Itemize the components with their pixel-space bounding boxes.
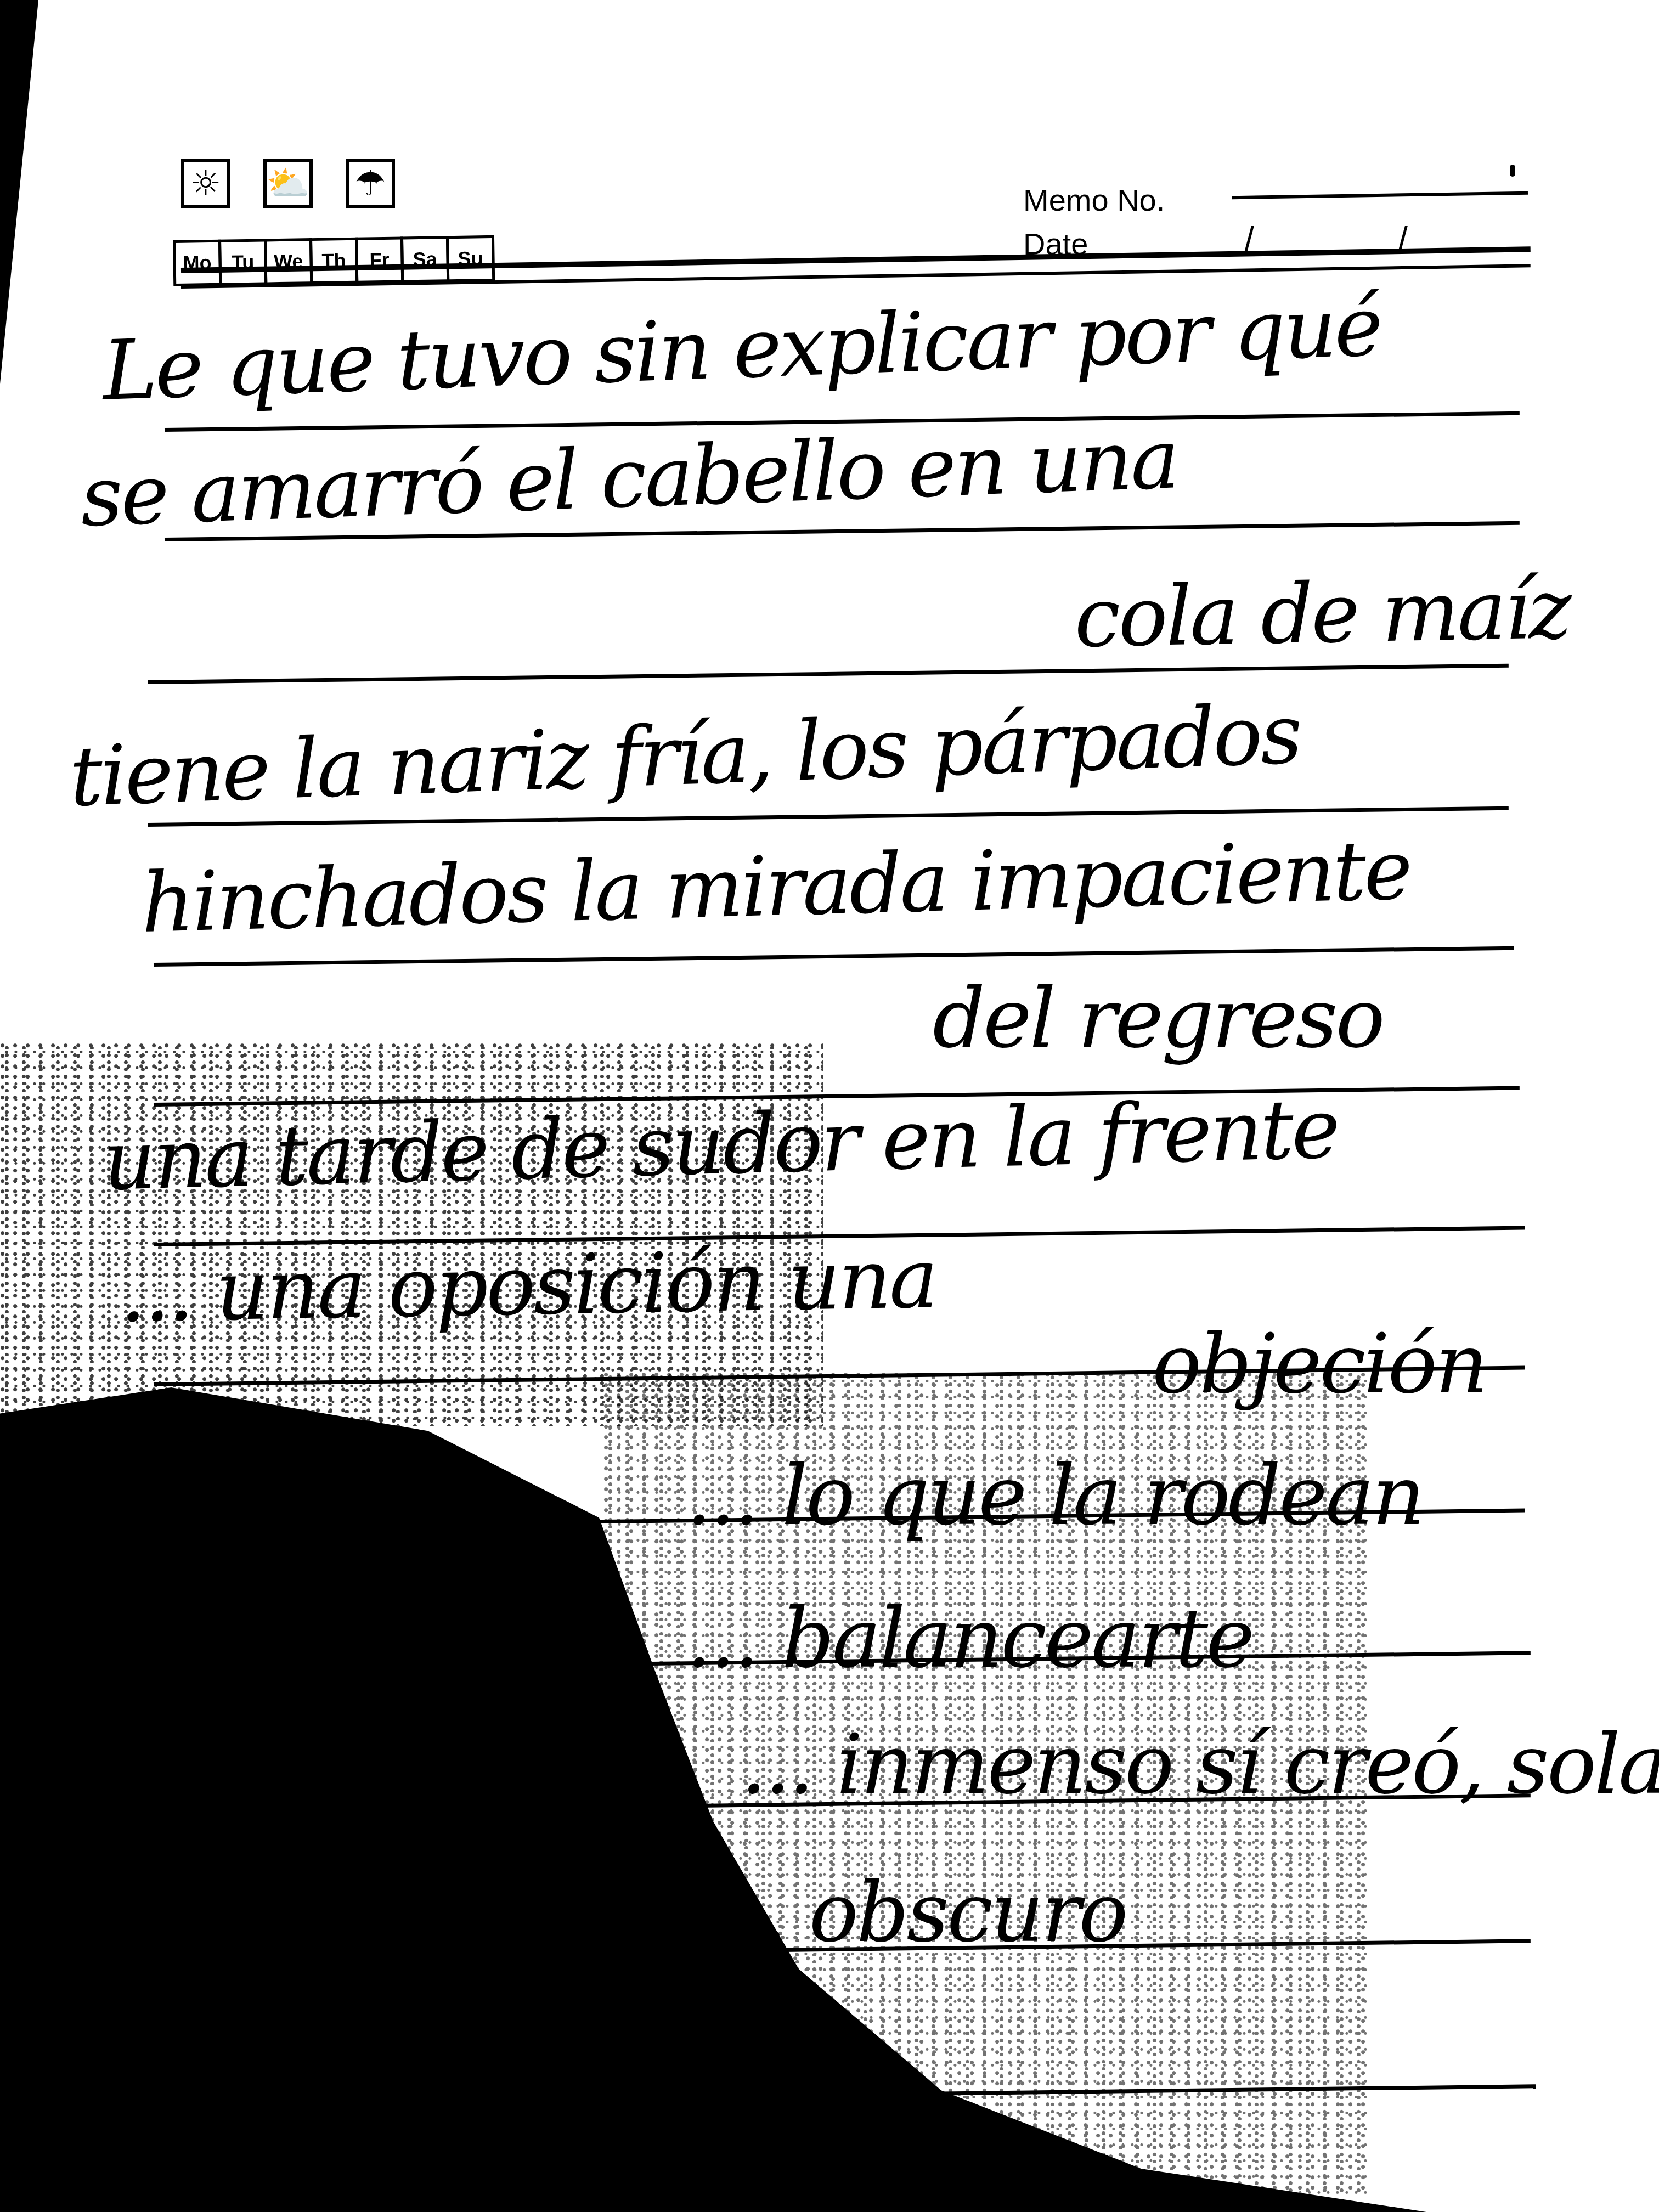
handwritten-line: ... — [768, 2008, 840, 2103]
day-selector: Mo Tu We Th Fr Sa Su — [176, 235, 495, 286]
handwritten-line: objeción — [1152, 1317, 1486, 1412]
day-su[interactable]: Su — [446, 235, 495, 282]
weather-icons: ☼ ⛅ ☂ — [181, 159, 395, 208]
page-edge-shadow — [0, 0, 38, 384]
memo-no-field[interactable] — [1232, 191, 1528, 199]
partly-cloudy-icon[interactable]: ⛅ — [263, 159, 313, 208]
handwritten-line: se amarró el cabello en una — [79, 411, 1179, 545]
memo-no-label: Memo No. — [1023, 178, 1165, 222]
ruled-line — [154, 946, 1514, 967]
memo-page: ☼ ⛅ ☂ Mo Tu We Th Fr Sa Su Memo No. Date… — [0, 0, 1659, 2212]
handwritten-line: del regreso — [933, 971, 1383, 1066]
handwritten-line: cola de maíz — [1074, 562, 1570, 666]
handwritten-line: ... obscuro — [713, 1865, 1126, 1961]
ruled-line — [148, 664, 1509, 684]
umbrella-icon[interactable]: ☂ — [346, 159, 395, 208]
day-we[interactable]: We — [264, 238, 313, 285]
day-mo[interactable]: Mo — [173, 240, 222, 286]
day-fr[interactable]: Fr — [355, 236, 404, 283]
day-tu[interactable]: Tu — [218, 239, 267, 285]
handwritten-line: ... inmenso sí creó, sola — [741, 1717, 1659, 1813]
sun-icon[interactable]: ☼ — [181, 159, 230, 208]
handwritten-line: ... lo que la rodean — [686, 1448, 1423, 1544]
day-sa[interactable]: Sa — [400, 236, 449, 283]
handwritten-line: hinchados la mirada impaciente — [140, 822, 1412, 951]
handwritten-line: tiene la nariz fría, los párpados — [68, 687, 1302, 825]
handwritten-line: ... una oposición una — [119, 1231, 937, 1341]
ink-dot — [1510, 165, 1515, 177]
day-th[interactable]: Th — [309, 238, 358, 284]
handwritten-line: Le que tuvo sin explicar por qué — [101, 279, 1383, 419]
handwritten-line: ... balancearte — [686, 1591, 1252, 1686]
